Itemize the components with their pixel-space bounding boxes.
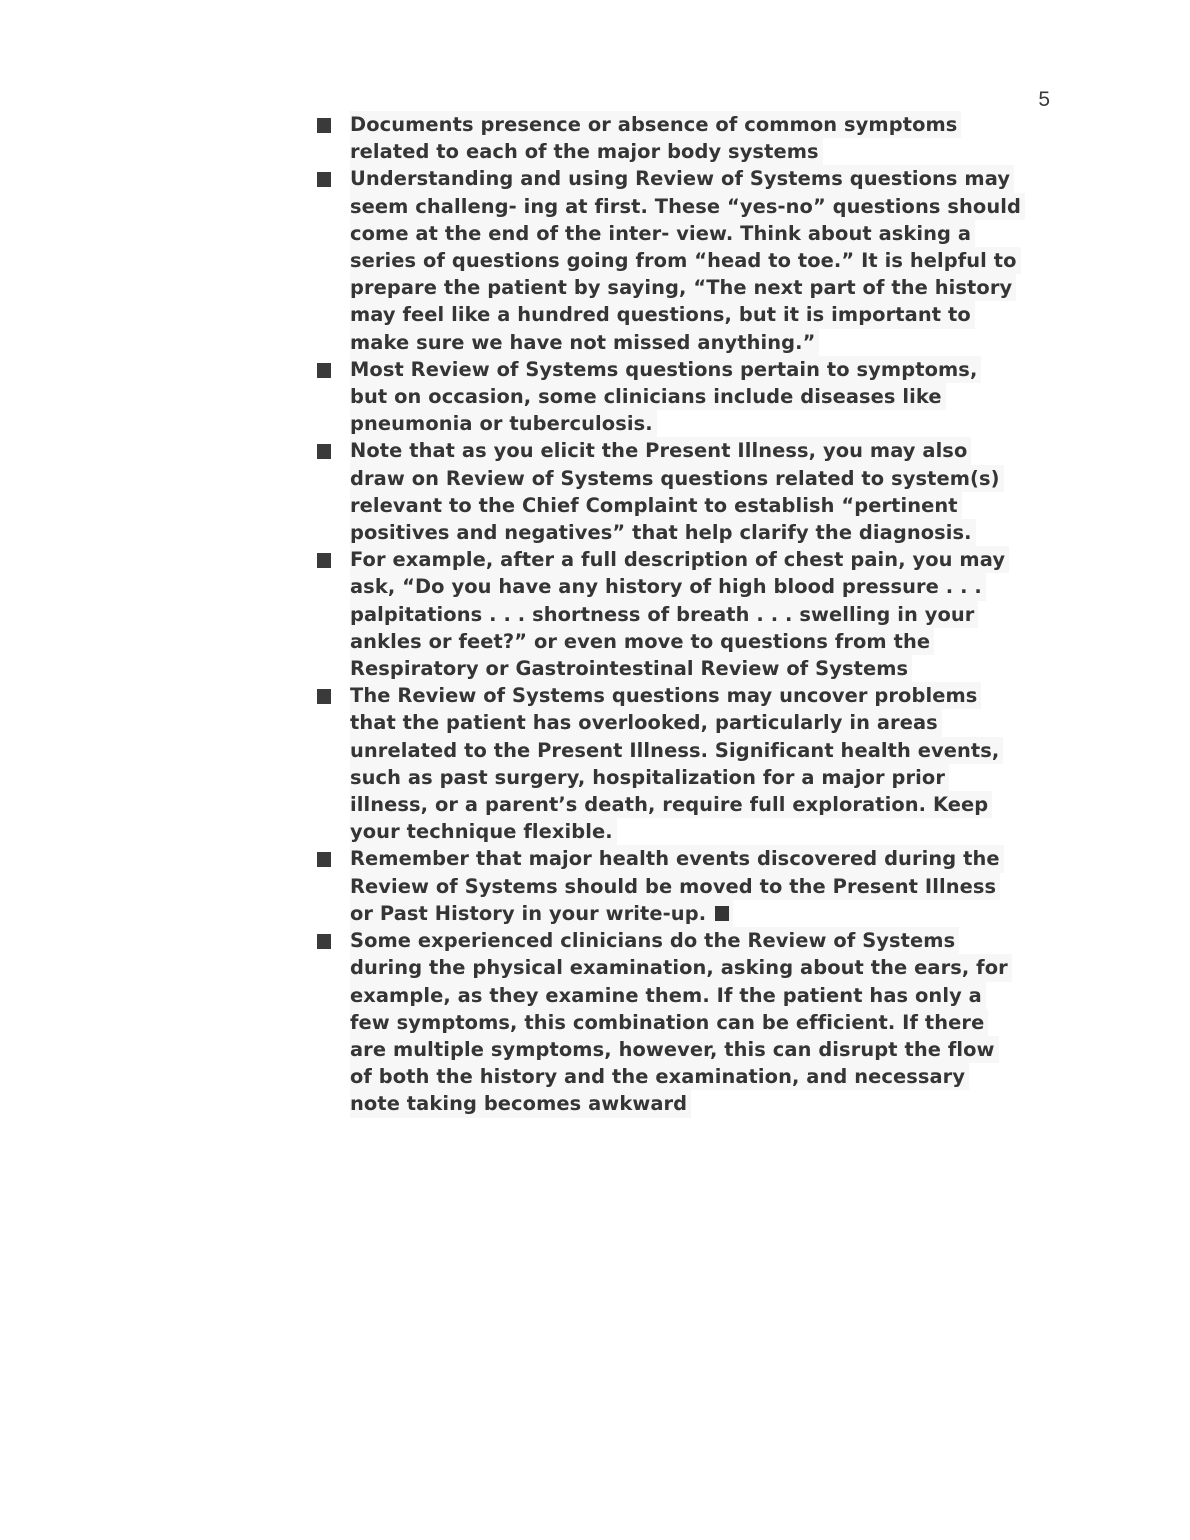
text-line: or Past History in your write-up. — [350, 902, 706, 925]
text-line: note taking becomes awkward — [350, 1090, 691, 1117]
text-line: series of questions going from “head to … — [350, 247, 1021, 274]
text-line: but on occasion, some clinicians include… — [350, 383, 946, 410]
list-item: Remember that major health events discov… — [314, 845, 1074, 927]
text-line: relevant to the Chief Complaint to estab… — [350, 492, 962, 519]
text-line: positives and negatives” that help clari… — [350, 519, 976, 546]
text-line: pneumonia or tuberculosis. — [350, 410, 657, 437]
text-line: during the physical examination, asking … — [350, 954, 1012, 981]
text-line: draw on Review of Systems questions rela… — [350, 465, 1004, 492]
list-item: Understanding and using Review of System… — [314, 165, 1074, 355]
square-bullet-icon — [317, 444, 331, 459]
text-line: palpitations . . . shortness of breath .… — [350, 601, 978, 628]
square-bullet-icon — [317, 934, 331, 949]
text-line: prepare the patient by saying, “The next… — [350, 274, 1016, 301]
text-line: that the patient has overlooked, particu… — [350, 709, 942, 736]
page-number: 5 — [1000, 88, 1050, 112]
text-line: Review of Systems should be moved to the… — [350, 873, 1000, 900]
text-line: unrelated to the Present Illness. Signif… — [350, 737, 1003, 764]
text-line: ask, “Do you have any history of high bl… — [350, 573, 986, 600]
text-line: example, as they examine them. If the pa… — [350, 982, 986, 1009]
list-item: Some experienced clinicians do the Revie… — [314, 927, 1074, 1117]
square-bullet-icon — [317, 118, 331, 133]
square-bullet-icon — [317, 363, 331, 378]
list-item: Documents presence or absence of common … — [314, 111, 1074, 165]
text-line: Some experienced clinicians do the Revie… — [350, 927, 959, 954]
text-line: of both the history and the examination,… — [350, 1063, 969, 1090]
square-bullet-icon — [317, 852, 331, 867]
text-line: related to each of the major body system… — [350, 138, 823, 165]
square-bullet-icon — [317, 689, 331, 704]
text-line: Remember that major health events discov… — [350, 845, 1004, 872]
bullet-list: Documents presence or absence of common … — [314, 111, 1074, 1118]
text-line: The Review of Systems questions may unco… — [350, 682, 981, 709]
text-line: make sure we have not missed anything.” — [350, 329, 819, 356]
list-item: The Review of Systems questions may unco… — [314, 682, 1074, 845]
text-line: illness, or a parent’s death, require fu… — [350, 791, 992, 818]
square-bullet-icon — [317, 553, 331, 568]
text-line: Understanding and using Review of System… — [350, 165, 1014, 192]
end-of-section-square-icon — [715, 906, 729, 921]
text-line: ankles or feet?” or even move to questio… — [350, 628, 934, 655]
text-line: few symptoms, this combination can be ef… — [350, 1009, 988, 1036]
text-line: seem challeng- ing at first. These “yes-… — [350, 193, 1025, 220]
text-line: Note that as you elicit the Present Illn… — [350, 437, 971, 464]
text-line: such as past surgery, hospitalization fo… — [350, 764, 949, 791]
text-line: Documents presence or absence of common … — [350, 111, 961, 138]
text-line: may feel like a hundred questions, but i… — [350, 301, 975, 328]
text-line: are multiple symptoms, however, this can… — [350, 1036, 999, 1063]
list-item: Most Review of Systems questions pertain… — [314, 356, 1074, 438]
square-bullet-icon — [317, 172, 331, 187]
text-line: your technique flexible. — [350, 818, 617, 845]
text-line: Most Review of Systems questions pertain… — [350, 356, 981, 383]
text-line: Respiratory or Gastrointestinal Review o… — [350, 655, 912, 682]
text-line-with-end-marker: or Past History in your write-up. — [350, 900, 733, 927]
text-line: come at the end of the inter- view. Thin… — [350, 220, 975, 247]
list-item: Note that as you elicit the Present Illn… — [314, 437, 1074, 546]
list-item: For example, after a full description of… — [314, 546, 1074, 682]
text-line: For example, after a full description of… — [350, 546, 1009, 573]
